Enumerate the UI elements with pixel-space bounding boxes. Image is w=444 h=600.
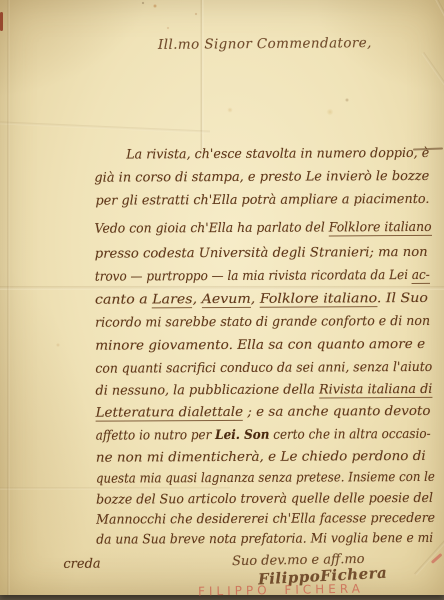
letter-line-text: Vedo con gioia ch'Ella ha parlato del Fo… bbox=[95, 220, 432, 237]
letter-line-segment: questa mia quasi lagnanza senza pretese.… bbox=[96, 470, 435, 487]
underlined-journal-title: ac- bbox=[412, 268, 430, 284]
letter-line: ricordo mi sarebbe stato di grande confo… bbox=[95, 314, 441, 331]
letter-line-segment: Mannocchi che desidererei ch'Ella facess… bbox=[96, 511, 435, 528]
letter-line: con quanti sacrifici conduco da sei anni… bbox=[95, 360, 444, 377]
letter-line-segment: bozze del Suo articolo troverà quelle de… bbox=[96, 491, 433, 508]
letter-line: Mannocchi che desidererei ch'Ella facess… bbox=[96, 511, 444, 528]
letter-line-text: canto a Lares, Aevum, Folklore italiano.… bbox=[95, 291, 428, 308]
letter-line-text: già in corso di stampa, e presto Le invi… bbox=[94, 169, 429, 186]
letter-line-segment: per gli estratti ch'Ella potrà ampliare … bbox=[95, 192, 429, 209]
letter-line-segment: certo che in altra occasio- bbox=[269, 427, 430, 443]
letter-line-segment: ; e sa anche quanto devoto bbox=[243, 404, 431, 420]
letter-line: canto a Lares, Aevum, Folklore italiano.… bbox=[95, 291, 400, 308]
letter-line-segment: La rivista, ch'esce stavolta in numero d… bbox=[126, 146, 429, 163]
letter-line-segment: , bbox=[251, 292, 260, 307]
letter-line-text: minore giovamento. Ella sa con quanto am… bbox=[95, 337, 425, 354]
letter-line-text: per gli estratti ch'Ella potrà ampliare … bbox=[95, 192, 429, 209]
letter-line-text: con quanti sacrifici conduco da sei anni… bbox=[95, 360, 432, 377]
letter-line-text: La rivista, ch'esce stavolta in numero d… bbox=[126, 146, 429, 163]
letter-line: La rivista, ch'esce stavolta in numero d… bbox=[126, 146, 437, 163]
letter-line-text: creda bbox=[63, 557, 100, 572]
letter-line-text: affetto io nutro per Lei. Son certo che … bbox=[96, 427, 431, 444]
letter-line-text: Mannocchi che desidererei ch'Ella facess… bbox=[96, 511, 435, 528]
letter-line-segment: ne non mi dimenticherà, e Le chiedo perd… bbox=[96, 449, 426, 466]
underlined-journal-title: Folklore italiano bbox=[260, 291, 377, 308]
letter-line-segment: Lei. Son bbox=[215, 428, 269, 443]
letter-line: di nessuno, la pubblicazione della Rivis… bbox=[95, 382, 437, 399]
underlined-journal-title: Lares bbox=[152, 292, 192, 308]
letter-line-text: trovo — purtroppo — la mia rivista ricor… bbox=[95, 268, 430, 285]
letter-line-segment: creda bbox=[63, 557, 100, 572]
letter-line-segment: canto a bbox=[95, 292, 152, 307]
scanned-letter-photo: { "colors": { "paper": "#f0e3b8", "ink":… bbox=[0, 0, 444, 600]
letter-line-segment: Vedo con gioia ch'Ella ha parlato del bbox=[95, 220, 329, 236]
letter-line: Letteratura dialettale ; e sa anche quan… bbox=[96, 404, 419, 421]
letter-line-segment: ricordo mi sarebbe stato di grande confo… bbox=[95, 314, 430, 331]
underlined-journal-title: Aevum bbox=[202, 292, 251, 308]
letter-line-segment: trovo — purtroppo — la mia rivista ricor… bbox=[95, 268, 412, 285]
letter-body: La rivista, ch'esce stavolta in numero d… bbox=[0, 0, 444, 600]
underlined-journal-title: Letteratura dialettale bbox=[96, 405, 244, 422]
letter-line-text: Letteratura dialettale ; e sa anche quan… bbox=[96, 404, 431, 421]
letter-line: minore giovamento. Ella sa con quanto am… bbox=[95, 337, 410, 354]
letter-line: presso codesta Università degli Stranier… bbox=[95, 245, 423, 262]
letter-line: Vedo con gioia ch'Ella ha parlato del Fo… bbox=[95, 220, 444, 237]
letter-line: già in corso di stampa, e presto Le invi… bbox=[94, 169, 430, 186]
letter-line: da una Sua breve nota prefatoria. Mi vog… bbox=[96, 531, 444, 548]
letter-line-segment: affetto io nutro per bbox=[96, 428, 216, 444]
letter-line-text: ne non mi dimenticherà, e Le chiedo perd… bbox=[96, 449, 426, 466]
letter-line-segment: presso codesta Università degli Stranier… bbox=[95, 245, 428, 262]
letter-line-text: presso codesta Università degli Stranier… bbox=[95, 245, 428, 262]
letter-line-text: bozze del Suo articolo troverà quelle de… bbox=[96, 491, 433, 508]
letter-line-text: di nessuno, la pubblicazione della Rivis… bbox=[95, 382, 432, 399]
letter-line-segment: di nessuno, la pubblicazione della bbox=[95, 382, 319, 398]
letter-line: ne non mi dimenticherà, e Le chiedo perd… bbox=[96, 449, 413, 466]
red-pencil-name-caption: FILIPPO FICHERA bbox=[198, 582, 364, 599]
letter-line: affetto io nutro per Lei. Son certo che … bbox=[96, 427, 444, 444]
letter-line-text: da una Sua breve nota prefatoria. Mi vog… bbox=[96, 531, 433, 548]
letter-line-text: ricordo mi sarebbe stato di grande confo… bbox=[95, 314, 430, 331]
underlined-journal-title: Rivista italiana di bbox=[319, 382, 433, 399]
letter-line-segment: già in corso di stampa, e presto Le invi… bbox=[94, 169, 429, 186]
letter-line-segment: da una Sua breve nota prefatoria. Mi vog… bbox=[96, 531, 433, 548]
letter-line-segment: con quanti sacrifici conduco da sei anni… bbox=[95, 360, 432, 377]
letter-line-segment: minore giovamento. Ella sa con quanto am… bbox=[95, 337, 425, 354]
letter-line-segment: , bbox=[193, 292, 202, 307]
letter-line: trovo — purtroppo — la mia rivista ricor… bbox=[95, 268, 444, 285]
letter-line: bozze del Suo articolo troverà quelle de… bbox=[96, 491, 444, 508]
letter-line: questa mia quasi lagnanza senza pretese.… bbox=[96, 470, 444, 487]
underlined-journal-title: Folklore italiano bbox=[329, 220, 432, 237]
letter-line-text: questa mia quasi lagnanza senza pretese.… bbox=[96, 470, 435, 487]
letter-line: creda bbox=[63, 557, 100, 572]
letter-line: per gli estratti ch'Ella potrà ampliare … bbox=[95, 192, 434, 209]
letter-line-segment: . Il Suo bbox=[377, 291, 428, 306]
